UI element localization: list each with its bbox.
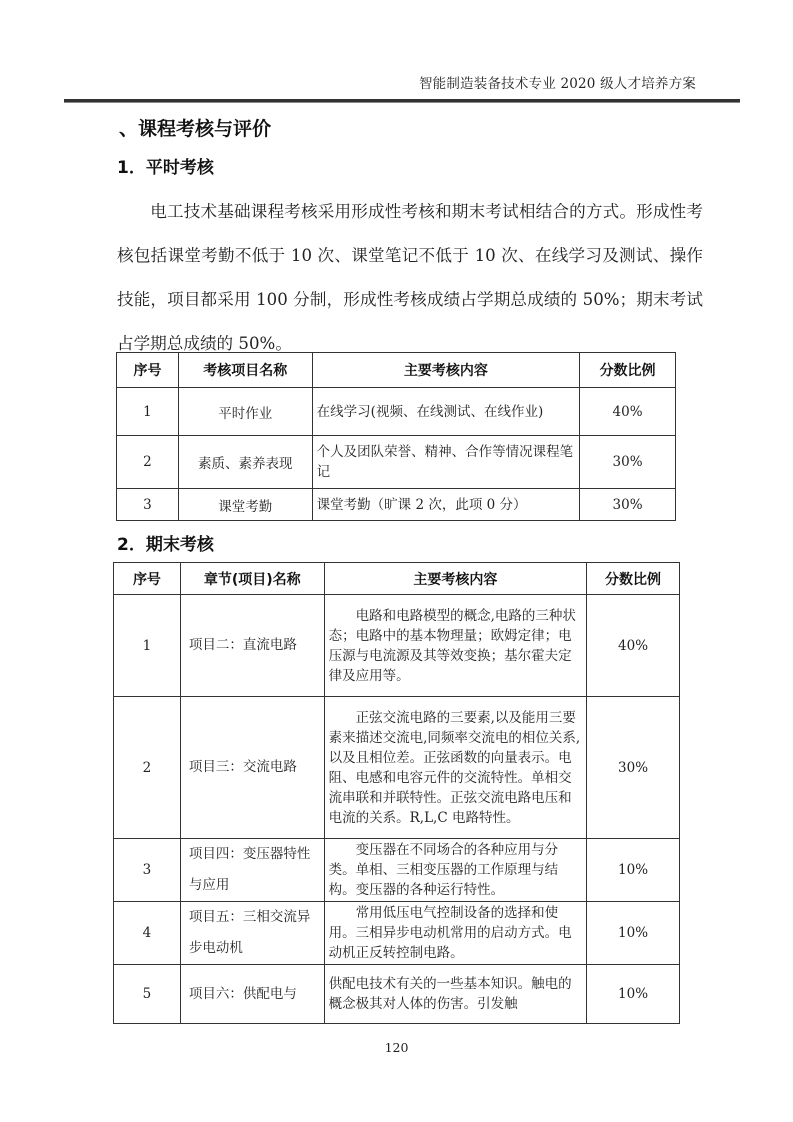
subsection-title-final-assessment: 2．期末考核	[117, 530, 214, 555]
header-chapter-name: 章节(项目)名称	[180, 563, 324, 595]
cell-ratio: 10%	[587, 902, 680, 965]
header-content: 主要考核内容	[312, 353, 579, 388]
cell-content: 常用低压电气控制设备的选择和使用。三相异步电动机常用的启动方式。电动机正反转控制…	[324, 902, 586, 965]
cell-no: 5	[114, 965, 181, 1024]
header-item-name: 考核项目名称	[178, 353, 312, 388]
table-row: 1 项目二：直流电路 电路和电路模型的概念,电路的三种状态；电路中的基本物理量；…	[114, 595, 680, 697]
running-header: 智能制造装备技术专业 2020 级人才培养方案	[419, 72, 696, 92]
cell-no: 1	[117, 388, 179, 436]
cell-no: 3	[117, 489, 179, 521]
subsection-title-regular-assessment: 1．平时考核	[117, 153, 214, 178]
header-no: 序号	[117, 353, 179, 388]
table-header-row: 序号 考核项目名称 主要考核内容 分数比例	[117, 353, 676, 388]
table-row: 3 课堂考勤 课堂考勤（旷课 2 次，此项 0 分） 30%	[117, 489, 676, 521]
cell-name: 项目六：供配电与	[180, 965, 324, 1024]
header-ratio: 分数比例	[587, 563, 680, 595]
regular-assessment-table: 序号 考核项目名称 主要考核内容 分数比例 1 平时作业 在线学习(视频、在线测…	[116, 352, 676, 521]
cell-name: 素质、素养表现	[178, 436, 312, 489]
header-no: 序号	[114, 563, 181, 595]
cell-content: 课堂考勤（旷课 2 次，此项 0 分）	[312, 489, 579, 521]
table-row: 5 项目六：供配电与 供配电技术有关的一些基本知识。触电的概念极其对人体的伤害。…	[114, 965, 680, 1024]
header-ratio: 分数比例	[580, 353, 676, 388]
cell-content: 变压器在不同场合的各种应用与分类。单相、三相变压器的工作原理与结构。变压器的各种…	[324, 839, 586, 902]
cell-name: 项目四：变压器特性与应用	[180, 839, 324, 902]
cell-name: 平时作业	[178, 388, 312, 436]
header-rule	[64, 99, 740, 103]
cell-ratio: 30%	[587, 697, 680, 839]
cell-ratio: 10%	[587, 965, 680, 1024]
cell-name: 项目三：交流电路	[180, 697, 324, 839]
table-header-row: 序号 章节(项目)名称 主要考核内容 分数比例	[114, 563, 680, 595]
table-row: 2 项目三：交流电路 正弦交流电路的三要素,以及能用三要素来描述交流电,同频率交…	[114, 697, 680, 839]
cell-ratio: 40%	[587, 595, 680, 697]
cell-no: 3	[114, 839, 181, 902]
page-number: 120	[0, 1040, 793, 1055]
table-row: 1 平时作业 在线学习(视频、在线测试、在线作业) 40%	[117, 388, 676, 436]
table-row: 4 项目五：三相交流异步电动机 常用低压电气控制设备的选择和使用。三相异步电动机…	[114, 902, 680, 965]
cell-name: 项目二：直流电路	[180, 595, 324, 697]
cell-ratio: 30%	[580, 489, 676, 521]
cell-no: 2	[114, 697, 181, 839]
table-row: 2 素质、素养表现 个人及团队荣誉、精神、合作等情况课程笔记 30%	[117, 436, 676, 489]
cell-no: 2	[117, 436, 179, 489]
section-title: 、课程考核与评价	[119, 114, 271, 141]
final-assessment-table: 序号 章节(项目)名称 主要考核内容 分数比例 1 项目二：直流电路 电路和电路…	[113, 562, 680, 1024]
cell-name: 课堂考勤	[178, 489, 312, 521]
cell-content: 个人及团队荣誉、精神、合作等情况课程笔记	[312, 436, 579, 489]
cell-content: 在线学习(视频、在线测试、在线作业)	[312, 388, 579, 436]
cell-ratio: 40%	[580, 388, 676, 436]
cell-content: 供配电技术有关的一些基本知识。触电的概念极其对人体的伤害。引发触	[324, 965, 586, 1024]
header-content: 主要考核内容	[324, 563, 586, 595]
cell-content: 正弦交流电路的三要素,以及能用三要素来描述交流电,同频率交流电的相位关系,以及且…	[324, 697, 586, 839]
cell-ratio: 30%	[580, 436, 676, 489]
table-row: 3 项目四：变压器特性与应用 变压器在不同场合的各种应用与分类。单相、三相变压器…	[114, 839, 680, 902]
assessment-paragraph: 电工技术基础课程考核采用形成性考核和期末考试相结合的方式。形成性考核包括课堂考勤…	[117, 190, 703, 366]
cell-no: 1	[114, 595, 181, 697]
cell-no: 4	[114, 902, 181, 965]
cell-content: 电路和电路模型的概念,电路的三种状态；电路中的基本物理量；欧姆定律；电压源与电流…	[324, 595, 586, 697]
cell-name: 项目五：三相交流异步电动机	[180, 902, 324, 965]
cell-ratio: 10%	[587, 839, 680, 902]
